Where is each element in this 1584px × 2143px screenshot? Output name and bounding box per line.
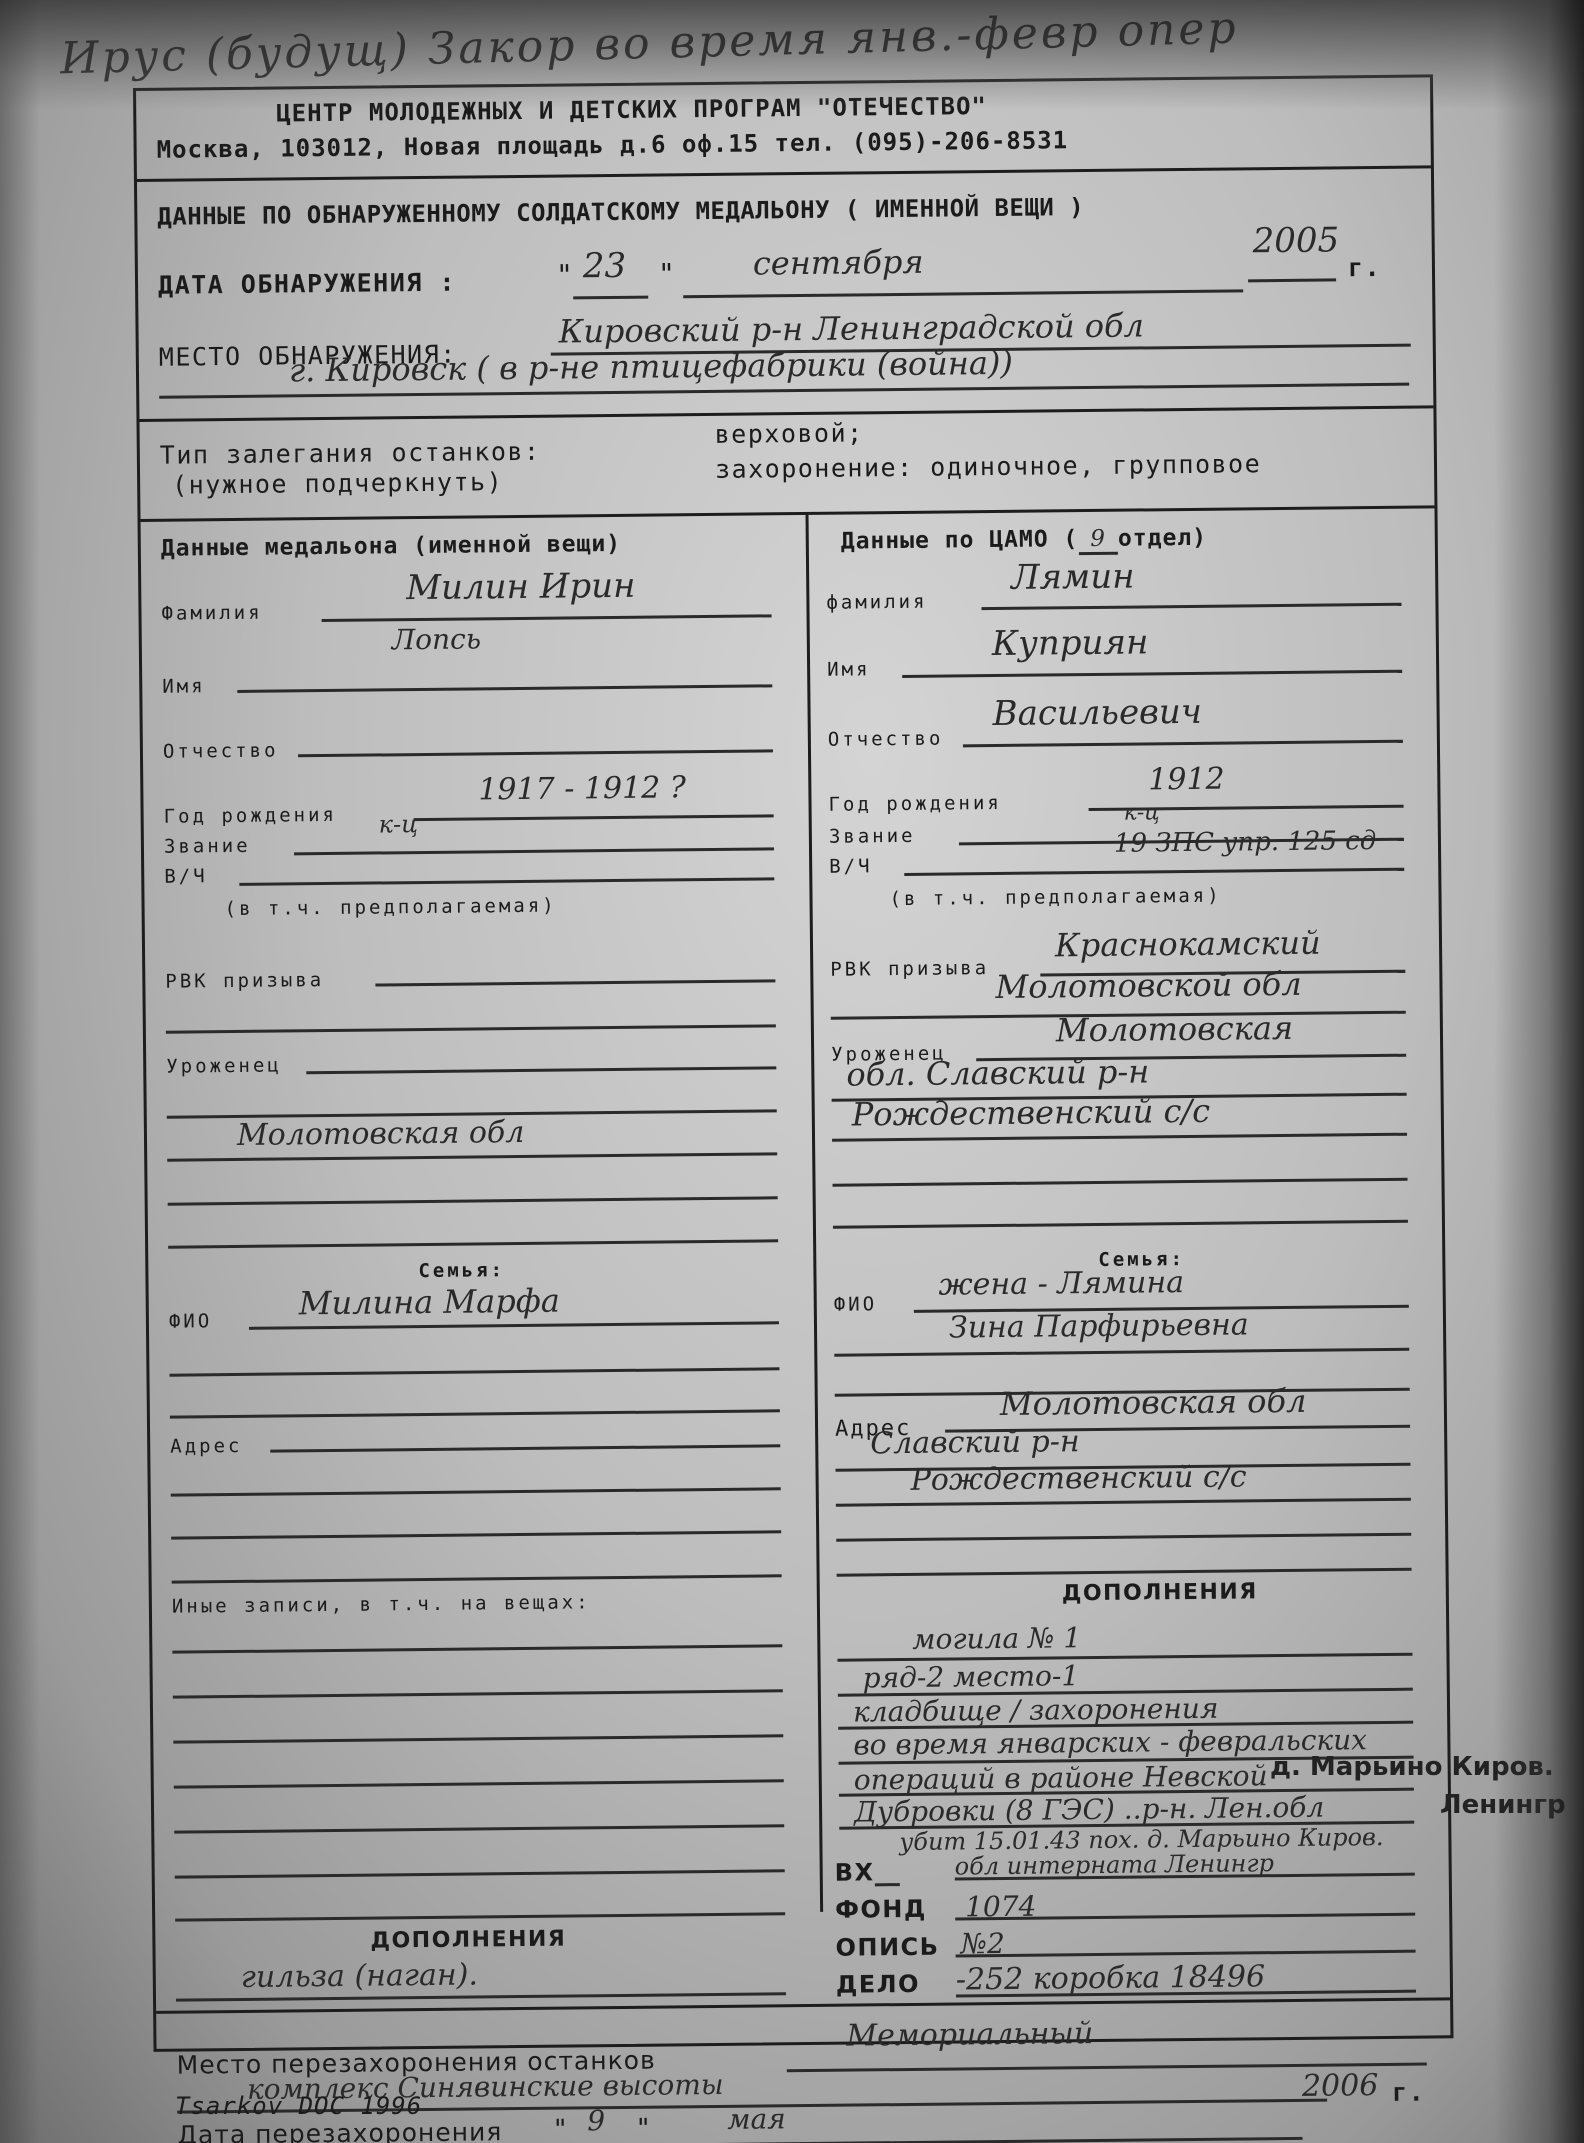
tsamo-surname-value[interactable]: Лямин [1011, 557, 1135, 598]
tsamo-fio-value1[interactable]: жена - Лямина [938, 1265, 1184, 1303]
medallion-name-label: Имя [162, 675, 206, 697]
discovery-place-line2[interactable]: г. Кировск ( в р-не птицефабрики (война)… [289, 344, 1013, 390]
tsamo-surname-label: фамилия [826, 591, 927, 614]
reburial-year[interactable]: 2006 [1302, 2068, 1379, 2104]
reburial-quote-close: " [635, 2114, 652, 2143]
reburial-quote-open: " [552, 2115, 569, 2143]
quote-close: " [658, 257, 677, 290]
tsamo-opis-label: ОПИСЬ [835, 1933, 939, 1962]
tsamo-name-label: Имя [827, 658, 871, 680]
tsamo-unit-label: В/Ч [829, 855, 873, 877]
tsamo-patronymic-label: Отчество [828, 728, 944, 751]
discovery-month[interactable]: сентября [753, 243, 924, 283]
scan-shadow-top [0, 0, 1584, 110]
medallion-additions-value[interactable]: гильза (наган). [241, 1957, 478, 1994]
tsamo-rvk-value2[interactable]: Молотовской обл [995, 965, 1302, 1006]
tsamo-fio-value2[interactable]: Зина Парфирьевна [949, 1307, 1249, 1345]
scan-shadow-right [1494, 0, 1584, 2143]
medallion-rank-value[interactable]: к-ц [379, 810, 418, 838]
medallion-fio-label: ФИО [169, 1310, 213, 1332]
medallion-additions-title: ДОПОЛНЕНИЯ [370, 1927, 566, 1954]
tsamo-address-value1[interactable]: Молотовская обл [1000, 1382, 1307, 1423]
reburial-year-suffix: г. [1392, 2078, 1425, 2107]
burial-option-grave[interactable]: захоронение: одиночное, групповое [715, 449, 1261, 484]
medallion-fio-value[interactable]: Милина Марфа [299, 1282, 561, 1323]
medallion-assumed-note: (в т.ч. предполагаемая) [224, 895, 556, 920]
tsamo-native-value2[interactable]: обл. Славский р-н [846, 1052, 1149, 1093]
tsamo-address-value3[interactable]: Рождественский с/с [910, 1459, 1246, 1498]
medallion-native-value[interactable]: Молотовская обл [237, 1115, 525, 1153]
tsamo-unit-value[interactable]: 19 ЗПС упр. 125 сд [1114, 826, 1377, 859]
section-title: ДАННЫЕ ПО ОБНАРУЖЕННОМУ СОЛДАТСКОМУ МЕДА… [157, 193, 1084, 231]
discovery-day[interactable]: 23 [583, 246, 627, 286]
tsamo-title-suffix: отдел) [1118, 525, 1207, 552]
medallion-unit-label: В/Ч [164, 865, 208, 887]
tsamo-name-value[interactable]: Куприян [992, 622, 1149, 664]
quote-open: " [556, 258, 575, 291]
medallion-birthyear-label: Год рождения [164, 804, 338, 828]
medallion-patronymic-label: Отчество [163, 740, 279, 763]
discovery-year[interactable]: 2005 [1252, 220, 1339, 261]
tsamo-birthyear-value[interactable]: 1912 [1148, 762, 1225, 798]
tsamo-additions-title: ДОПОЛНЕНИЯ [1062, 1579, 1258, 1606]
tsamo-rvk-value1[interactable]: Краснокамский [1055, 924, 1321, 965]
reburial-day[interactable]: 9 [587, 2104, 605, 2137]
tsamo-fond-label: ФОНД [835, 1895, 927, 1924]
burial-type-label: Тип залегания останков: [160, 437, 541, 470]
medallion-surname-extra[interactable]: Лопсь [392, 622, 482, 656]
year-suffix: г. [1348, 253, 1381, 282]
medallion-surname-value[interactable]: Милин Ирин [406, 566, 636, 608]
tsamo-assumed-note: (в т.ч. предполагаемая) [889, 885, 1221, 910]
medallion-family-title: Семья: [418, 1259, 505, 1282]
tsamo-fio-label: ФИО [834, 1293, 878, 1315]
tsamo-title-prefix: Данные по ЦАМО ( [841, 526, 1079, 554]
medallion-rvk-label: РВК призыва [165, 969, 324, 993]
org-address: Москва, 103012, Новая площадь д.6 оф.15 … [157, 126, 1069, 164]
tsamo-rank-label: Звание [829, 825, 916, 848]
tsamo-native-value3[interactable]: Рождественский с/с [852, 1092, 1211, 1134]
tsamo-dept-value[interactable]: 9 [1078, 526, 1118, 555]
tsamo-delo-label: ДЕЛО [836, 1970, 920, 1999]
tsamo-birthyear-label: Год рождения [828, 792, 1002, 816]
discovery-date-label: ДАТА ОБНАРУЖЕНИЯ : [158, 268, 456, 300]
medallion-form: ЦЕНТР МОЛОДЕЖНЫХ И ДЕТСКИХ ПРОГРАМ "ОТЕЧ… [133, 74, 1453, 2052]
medallion-other-label: Иные записи, в т.ч. на вещах: [172, 1591, 591, 1617]
medallion-native-label: Уроженец [166, 1054, 282, 1077]
tsamo-rank-value[interactable]: к-ц [1124, 800, 1160, 825]
medallion-address-label: Адрес [170, 1435, 242, 1458]
tsamo-additions-line[interactable]: ряд-2 место-1 [863, 1659, 1080, 1694]
medallion-title: Данные медальона (именной вещи) [161, 531, 622, 562]
tsamo-rvk-label: РВК призыва [830, 957, 989, 981]
discovery-place-line1[interactable]: Кировский р-н Ленинградской обл [558, 306, 1144, 350]
reburial-month[interactable]: мая [727, 2102, 786, 2136]
tsamo-title: Данные по ЦАМО (9отдел) [841, 525, 1208, 555]
tsamo-additions-line[interactable]: могила № 1 [912, 1621, 1081, 1656]
footer-credit: Tsarkov DOC 1996 [175, 2092, 422, 2120]
burial-option-surface[interactable]: верховой; [715, 418, 864, 449]
tsamo-patronymic-value[interactable]: Васильевич [992, 692, 1202, 734]
scan-shadow-left [0, 0, 40, 2143]
tsamo-vh-label: ВХ [835, 1858, 875, 1886]
medallion-birthyear-value[interactable]: 1917 - 1912 ? [478, 770, 686, 807]
reburial-place-value1[interactable]: Мемориальный [846, 2016, 1093, 2054]
medallion-surname-label: Фамилия [161, 602, 262, 625]
tsamo-address-value2[interactable]: Славский р-н [870, 1424, 1080, 1461]
medallion-rank-label: Звание [164, 835, 251, 858]
tsamo-native-value1[interactable]: Молотовская [1056, 1009, 1294, 1049]
reburial-date-label: Дата перезахоронения [177, 2117, 502, 2143]
burial-type-hint: (нужное подчеркнуть) [172, 467, 503, 499]
